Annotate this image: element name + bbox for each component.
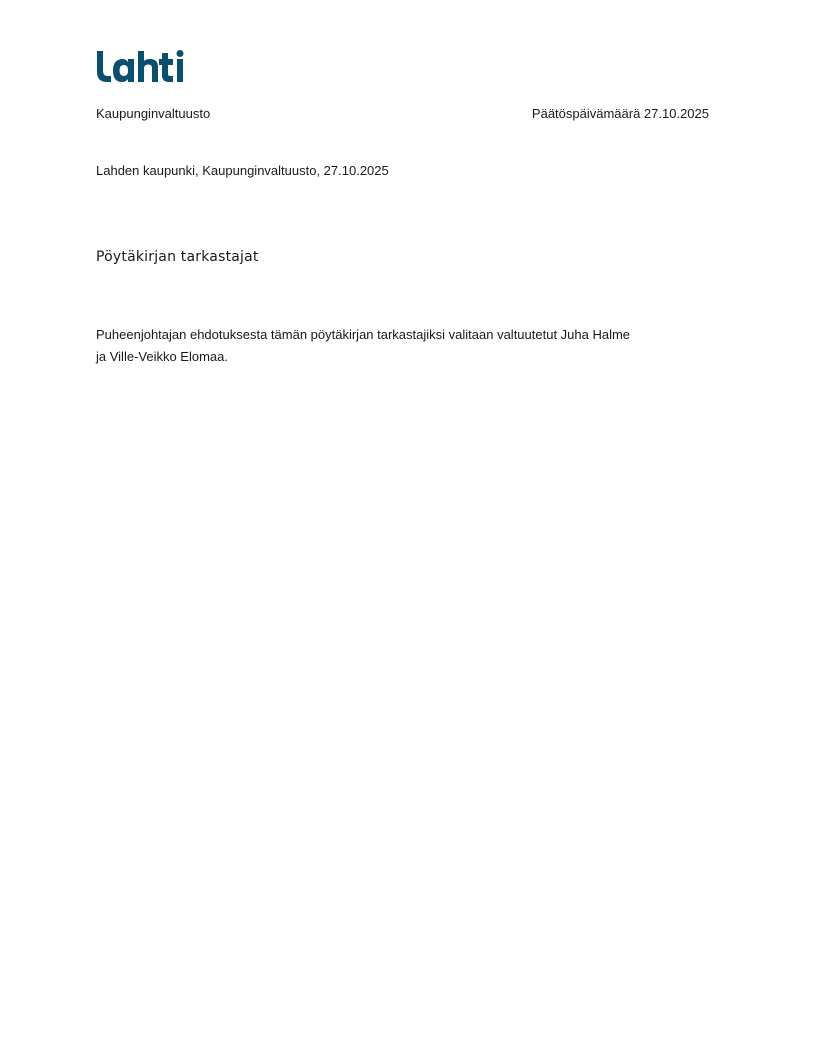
document-org-line: Lahden kaupunki, Kaupunginvaltuusto, 27.…	[96, 163, 389, 178]
body-paragraph: Puheenjohtajan ehdotuksesta tämän pöytäk…	[96, 324, 721, 368]
section-title: Pöytäkirjan tarkastajat	[96, 249, 259, 265]
lahti-logo-icon	[96, 47, 188, 83]
body-line: ja Ville-Veikko Elomaa.	[96, 346, 721, 368]
decision-date: Päätöspäivämäärä 27.10.2025	[532, 106, 709, 121]
lahti-logo	[96, 47, 188, 83]
organ-name: Kaupunginvaltuusto	[96, 106, 210, 121]
body-line: Puheenjohtajan ehdotuksesta tämän pöytäk…	[96, 324, 721, 346]
